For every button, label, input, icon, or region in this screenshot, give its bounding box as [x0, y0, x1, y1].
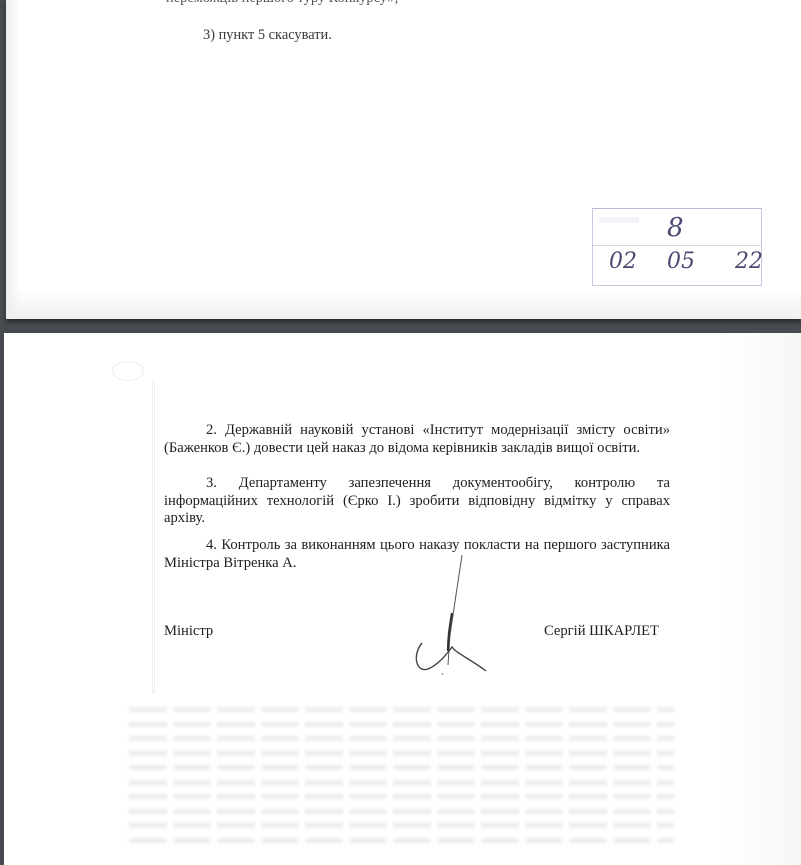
paragraph-2: 2. Державній науковій установі «Інститут…: [164, 422, 670, 457]
signatory-name: Сергій ШКАРЛЕТ: [544, 623, 659, 640]
registration-stamp: 8 02 05 22: [592, 208, 762, 286]
paragraph-3: 3. Департаменту запезпечення документооб…: [164, 475, 670, 528]
stamp-number: 8: [667, 213, 684, 243]
scan-shadow: [721, 333, 801, 865]
bleed-through-text: [129, 707, 674, 852]
stamp-month: 05: [667, 249, 695, 274]
document-page-2: 2. Державній науковій установі «Інститут…: [4, 333, 801, 865]
stamp-label-faded: [599, 217, 639, 223]
scan-shadow: [6, 0, 20, 319]
bleed-through-mark: [112, 361, 144, 381]
signatory-title: Міністр: [164, 623, 213, 640]
document-page-1: переможців першого туру Конкурсу»; 3) пу…: [6, 0, 801, 319]
stamp-divider: [593, 245, 761, 246]
page-bottom-shade: [6, 289, 801, 319]
partial-text-line: переможців першого туру Конкурсу»;: [166, 0, 399, 7]
stamp-day: 02: [609, 249, 637, 274]
stamp-year: 22: [735, 249, 763, 274]
list-item-3: 3) пункт 5 скасувати.: [203, 26, 332, 44]
document-viewer: переможців першого туру Конкурсу»; 3) пу…: [0, 0, 801, 865]
bleed-through-mark: [152, 381, 155, 693]
handwritten-signature: [404, 555, 504, 675]
